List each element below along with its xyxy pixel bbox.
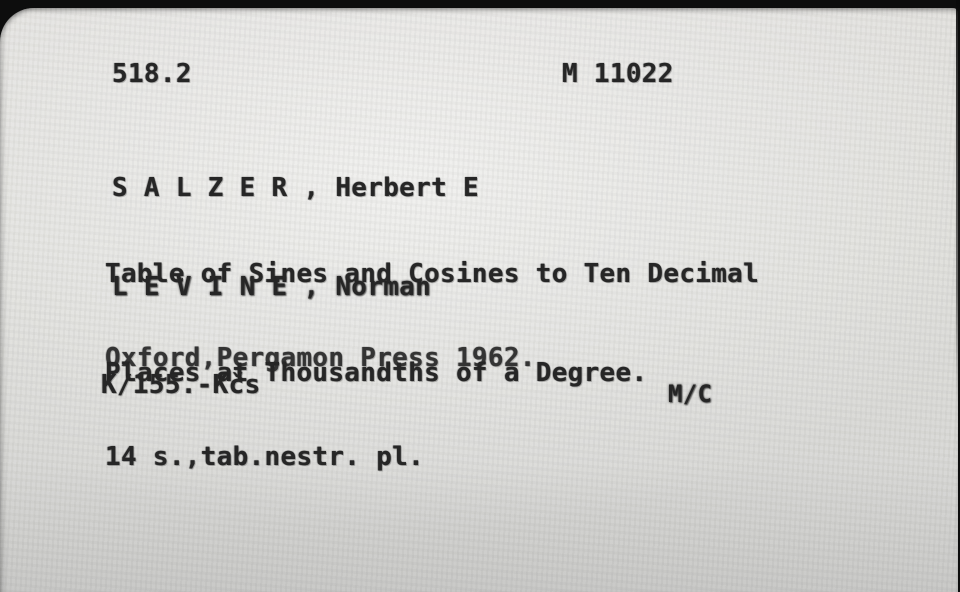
call-number: 518.2 bbox=[112, 58, 192, 91]
collation-line: 14 s.,tab.nestr. pl. bbox=[105, 441, 536, 474]
cataloger-initials: M/C bbox=[668, 378, 712, 411]
accession-number: M 11022 bbox=[562, 58, 674, 91]
imprint-block: Oxford,Pergamon Press 1962. 14 s.,tab.ne… bbox=[105, 276, 536, 540]
scanned-catalog-card-photo: 518.2 M 11022 S A L Z E R , Herbert E L … bbox=[0, 0, 960, 592]
catalog-card: 518.2 M 11022 S A L Z E R , Herbert E L … bbox=[0, 8, 958, 592]
price-code: K/155.-Kčs bbox=[101, 369, 261, 402]
